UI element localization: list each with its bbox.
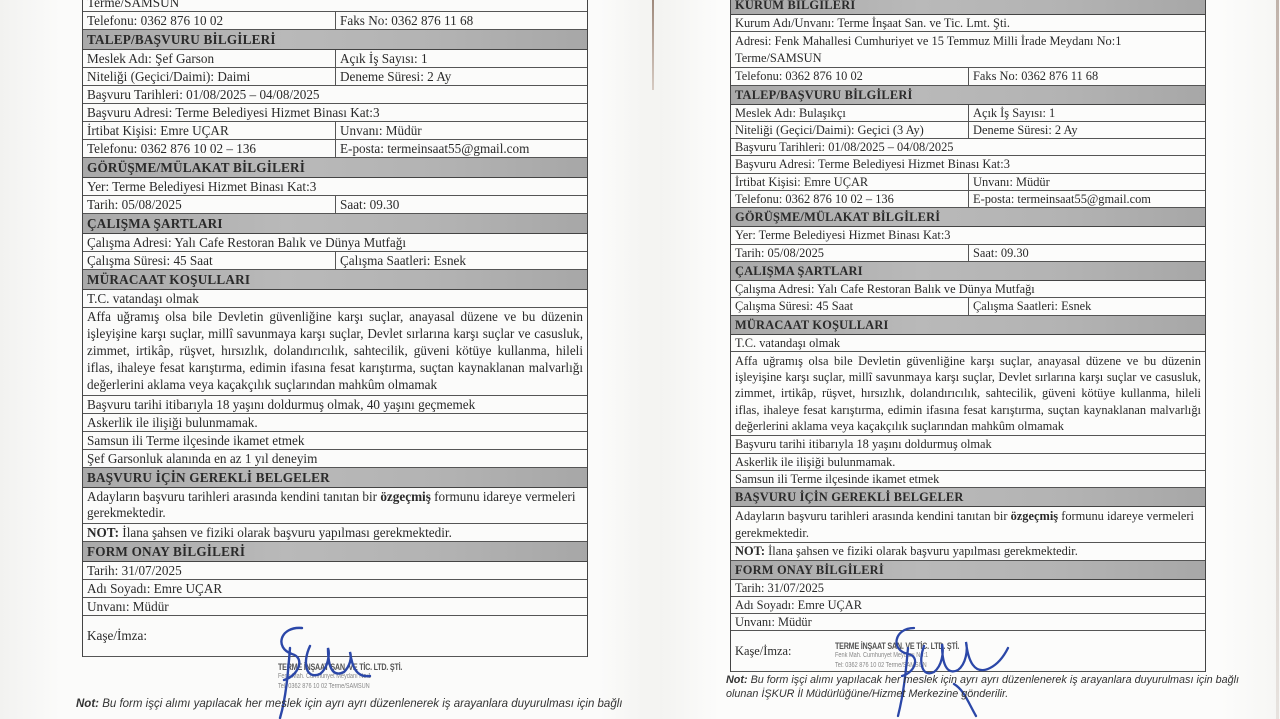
nature-row: Niteliği (Geçici/Daimi): Daimi Deneme Sü… bbox=[83, 68, 587, 86]
title-field: Unvanı: Müdür bbox=[335, 122, 587, 139]
approval-name-row: Adı Soyadı: Emre UÇAR bbox=[83, 580, 587, 598]
section-header-belgeler: BAŞVURU İÇİN GEREKLİ BELGELER bbox=[731, 488, 1205, 507]
interview-place: Yer: Terme Belediyesi Hizmet Binası Kat:… bbox=[83, 178, 587, 195]
app-address-row: Başvuru Adresi: Terme Belediyesi Hizmet … bbox=[83, 104, 587, 122]
approver-title: Unvanı: Müdür bbox=[83, 598, 587, 615]
approver-name: Adı Soyadı: Emre UÇAR bbox=[731, 597, 1205, 613]
section-header-talep: TALEP/BAŞVURU BİLGİLERİ bbox=[83, 30, 587, 50]
contact-row: Telefonu: 0362 876 10 02 Faks No: 0362 8… bbox=[731, 68, 1205, 85]
job-form-sef-garson: Terme/SAMSUN Telefonu: 0362 876 10 02 Fa… bbox=[82, 0, 588, 657]
interview-place-row: Yer: Terme Belediyesi Hizmet Binası Kat:… bbox=[731, 227, 1205, 244]
requirement-item: Şef Garsonluk alanında en az 1 yıl deney… bbox=[83, 450, 587, 468]
interview-time: Saat: 09.30 bbox=[335, 196, 587, 213]
fax-field: Faks No: 0362 876 11 68 bbox=[335, 12, 587, 29]
contact-row: Telefonu: 0362 876 10 02 Faks No: 0362 8… bbox=[83, 12, 587, 30]
work-address: Çalışma Adresi: Yalı Cafe Restoran Balık… bbox=[731, 281, 1205, 297]
approval-title-row: Unvanı: Müdür bbox=[731, 614, 1205, 631]
work-address-row: Çalışma Adresi: Yalı Cafe Restoran Balık… bbox=[83, 234, 587, 252]
requirement-item: Başvuru tarihi itibarıyla 18 yaşını dold… bbox=[731, 436, 1205, 453]
work-hours: Çalışma Saatleri: Esnek bbox=[335, 252, 587, 269]
documents-row: Adayların başvuru tarihleri arasında ken… bbox=[731, 507, 1205, 543]
interview-date: Tarih: 05/08/2025 bbox=[731, 245, 968, 261]
documents-text: Adayların başvuru tarihleri arasında ken… bbox=[83, 488, 587, 523]
approval-date: Tarih: 31/07/2025 bbox=[83, 562, 587, 579]
page-fold-shadow bbox=[652, 0, 654, 90]
application-address: Başvuru Adresi: Terme Belediyesi Hizmet … bbox=[83, 104, 587, 121]
requirement-item: Samsun ili Terme ilçesinde ikamet etmek bbox=[83, 432, 587, 450]
interview-date: Tarih: 05/08/2025 bbox=[83, 196, 335, 213]
institution-name: Kurum Adı/Unvanı: Terme İnşaat San. ve T… bbox=[731, 15, 1205, 31]
nature-row: Niteliği (Geçici/Daimi): Geçici (3 Ay) D… bbox=[731, 122, 1205, 139]
section-header-onay: FORM ONAY BİLGİLERİ bbox=[731, 561, 1205, 580]
section-header-belgeler: BAŞVURU İÇİN GEREKLİ BELGELER bbox=[83, 468, 587, 488]
requirement-item: Affa uğramış olsa bile Devletin güvenliğ… bbox=[83, 308, 587, 396]
application-dates: Başvuru Tarihleri: 01/08/2025 – 04/08/20… bbox=[83, 86, 587, 103]
interview-time-row: Tarih: 05/08/2025 Saat: 09.30 bbox=[731, 245, 1205, 262]
approver-title: Unvanı: Müdür bbox=[731, 614, 1205, 630]
footnote: Not: Bu form işçi alımı yapılacak her me… bbox=[726, 673, 1239, 701]
requirement-item: Affa uğramış olsa bile Devletin güvenliğ… bbox=[731, 352, 1205, 436]
application-address: Başvuru Adresi: Terme Belediyesi Hizmet … bbox=[731, 156, 1205, 172]
requirement-item: T.C. vatandaşı olmak bbox=[83, 290, 587, 308]
footnote: Not: Bu form işçi alımı yapılacak her me… bbox=[76, 697, 622, 711]
job-row: Meslek Adı: Şef Garson Açık İş Sayısı: 1 bbox=[83, 50, 587, 68]
occupation-field: Meslek Adı: Bulaşıkçı bbox=[731, 105, 968, 121]
dates-row: Başvuru Tarihleri: 01/08/2025 – 04/08/20… bbox=[731, 139, 1205, 156]
email-field: E-posta: termeinsaat55@gmail.com bbox=[335, 140, 587, 157]
approver-name: Adı Soyadı: Emre UÇAR bbox=[83, 580, 587, 597]
interview-place-row: Yer: Terme Belediyesi Hizmet Binası Kat:… bbox=[83, 178, 587, 196]
institution-address: Adresi: Fenk Mahallesi Cumhuriyet ve 15 … bbox=[731, 32, 1205, 67]
work-hours-row: Çalışma Süresi: 45 Saat Çalışma Saatleri… bbox=[83, 252, 587, 270]
probation-field: Deneme Süresi: 2 Ay bbox=[335, 68, 587, 85]
section-header-gorusme: GÖRÜŞME/MÜLAKAT BİLGİLERİ bbox=[83, 158, 587, 178]
email-field: E-posta: termeinsaat55@gmail.com bbox=[968, 191, 1205, 207]
interview-time-row: Tarih: 05/08/2025 Saat: 09.30 bbox=[83, 196, 587, 214]
page-edge-shadow bbox=[1276, 0, 1279, 719]
nature-field: Niteliği (Geçici/Daimi): Daimi bbox=[83, 68, 335, 85]
section-header-calisma: ÇALIŞMA ŞARTLARI bbox=[83, 214, 587, 234]
approval-date-row: Tarih: 31/07/2025 bbox=[731, 580, 1205, 597]
contact-person-field: İrtibat Kişisi: Emre UÇAR bbox=[83, 122, 335, 139]
contact-person-field: İrtibat Kişisi: Emre UÇAR bbox=[731, 174, 968, 190]
contact-phone-field: Telefonu: 0362 876 10 02 – 136 bbox=[731, 191, 968, 207]
note-row: NOT: İlana şahsen ve fiziki olarak başvu… bbox=[83, 524, 587, 542]
interview-time: Saat: 09.30 bbox=[968, 245, 1205, 261]
contact-person-row: İrtibat Kişisi: Emre UÇAR Unvanı: Müdür bbox=[731, 174, 1205, 191]
requirement-item: Başvuru tarihi itibarıyla 18 yaşını dold… bbox=[83, 396, 587, 414]
application-dates: Başvuru Tarihleri: 01/08/2025 – 04/08/20… bbox=[731, 139, 1205, 155]
section-header-muracaat: MÜRACAAT KOŞULLARI bbox=[731, 316, 1205, 335]
note-text: NOT: İlana şahsen ve fiziki olarak başvu… bbox=[83, 524, 587, 541]
requirement-item: Askerlik ile ilişiği bulunmamak. bbox=[83, 414, 587, 432]
company-stamp: TERME İNŞAAT SAN. VE TİC. LTD. ŞTİ. Fenk… bbox=[278, 662, 433, 692]
work-hours: Çalışma Saatleri: Esnek bbox=[968, 298, 1205, 314]
approval-date: Tarih: 31/07/2025 bbox=[731, 580, 1205, 596]
requirement-item: T.C. vatandaşı olmak bbox=[731, 335, 1205, 352]
note-text: NOT: İlana şahsen ve fiziki olarak başvu… bbox=[731, 543, 1205, 559]
approval-title-row: Unvanı: Müdür bbox=[83, 598, 587, 616]
stamp-signature-label: Kaşe/İmza: bbox=[83, 616, 587, 656]
interview-place: Yer: Terme Belediyesi Hizmet Binası Kat:… bbox=[731, 227, 1205, 243]
occupation-field: Meslek Adı: Şef Garson bbox=[83, 50, 335, 67]
documents-row: Adayların başvuru tarihleri arasında ken… bbox=[83, 488, 587, 524]
section-header-calisma: ÇALIŞMA ŞARTLARI bbox=[731, 262, 1205, 281]
requirement-item: Samsun ili Terme ilçesinde ikamet etmek bbox=[731, 471, 1205, 488]
fax-field: Faks No: 0362 876 11 68 bbox=[968, 68, 1205, 84]
section-header-kurum: KURUM BİLGİLERİ bbox=[731, 0, 1205, 15]
job-row: Meslek Adı: Bulaşıkçı Açık İş Sayısı: 1 bbox=[731, 105, 1205, 122]
approval-date-row: Tarih: 31/07/2025 bbox=[83, 562, 587, 580]
dates-row: Başvuru Tarihleri: 01/08/2025 – 04/08/20… bbox=[83, 86, 587, 104]
documents-text: Adayların başvuru tarihleri arasında ken… bbox=[731, 507, 1205, 542]
requirement-item: Askerlik ile ilişiği bulunmamak. bbox=[731, 454, 1205, 471]
contact-phone-row: Telefonu: 0362 876 10 02 – 136 E-posta: … bbox=[731, 191, 1205, 208]
institution-row: Kurum Adı/Unvanı: Terme İnşaat San. ve T… bbox=[731, 15, 1205, 32]
job-form-bulasikci: KURUM BİLGİLERİ Kurum Adı/Unvanı: Terme … bbox=[730, 0, 1206, 672]
section-header-talep: TALEP/BAŞVURU BİLGİLERİ bbox=[731, 86, 1205, 105]
work-duration: Çalışma Süresi: 45 Saat bbox=[83, 252, 335, 269]
address-row: Adresi: Fenk Mahallesi Cumhuriyet ve 15 … bbox=[731, 32, 1205, 68]
note-row: NOT: İlana şahsen ve fiziki olarak başvu… bbox=[731, 543, 1205, 560]
open-positions-field: Açık İş Sayısı: 1 bbox=[335, 50, 587, 67]
open-positions-field: Açık İş Sayısı: 1 bbox=[968, 105, 1205, 121]
address-continued: Terme/SAMSUN bbox=[83, 0, 587, 11]
contact-person-row: İrtibat Kişisi: Emre UÇAR Unvanı: Müdür bbox=[83, 122, 587, 140]
work-address: Çalışma Adresi: Yalı Cafe Restoran Balık… bbox=[83, 234, 587, 251]
title-field: Unvanı: Müdür bbox=[968, 174, 1205, 190]
address-row: Terme/SAMSUN bbox=[83, 0, 587, 12]
nature-field: Niteliği (Geçici/Daimi): Geçici (3 Ay) bbox=[731, 122, 968, 138]
contact-phone-field: Telefonu: 0362 876 10 02 – 136 bbox=[83, 140, 335, 157]
approval-name-row: Adı Soyadı: Emre UÇAR bbox=[731, 597, 1205, 614]
probation-field: Deneme Süresi: 2 Ay bbox=[968, 122, 1205, 138]
phone-field: Telefonu: 0362 876 10 02 bbox=[731, 68, 968, 84]
work-hours-row: Çalışma Süresi: 45 Saat Çalışma Saatleri… bbox=[731, 298, 1205, 315]
section-header-onay: FORM ONAY BİLGİLERİ bbox=[83, 542, 587, 562]
work-address-row: Çalışma Adresi: Yalı Cafe Restoran Balık… bbox=[731, 281, 1205, 298]
section-header-muracaat: MÜRACAAT KOŞULLARI bbox=[83, 270, 587, 290]
phone-field: Telefonu: 0362 876 10 02 bbox=[83, 12, 335, 29]
contact-phone-row: Telefonu: 0362 876 10 02 – 136 E-posta: … bbox=[83, 140, 587, 158]
app-address-row: Başvuru Adresi: Terme Belediyesi Hizmet … bbox=[731, 156, 1205, 173]
work-duration: Çalışma Süresi: 45 Saat bbox=[731, 298, 968, 314]
section-header-gorusme: GÖRÜŞME/MÜLAKAT BİLGİLERİ bbox=[731, 208, 1205, 227]
stamp-signature-row: Kaşe/İmza: bbox=[83, 616, 587, 657]
company-stamp: TERME İNŞAAT SAN. VE TİC. LTD. ŞTİ. Fenk… bbox=[835, 641, 990, 671]
